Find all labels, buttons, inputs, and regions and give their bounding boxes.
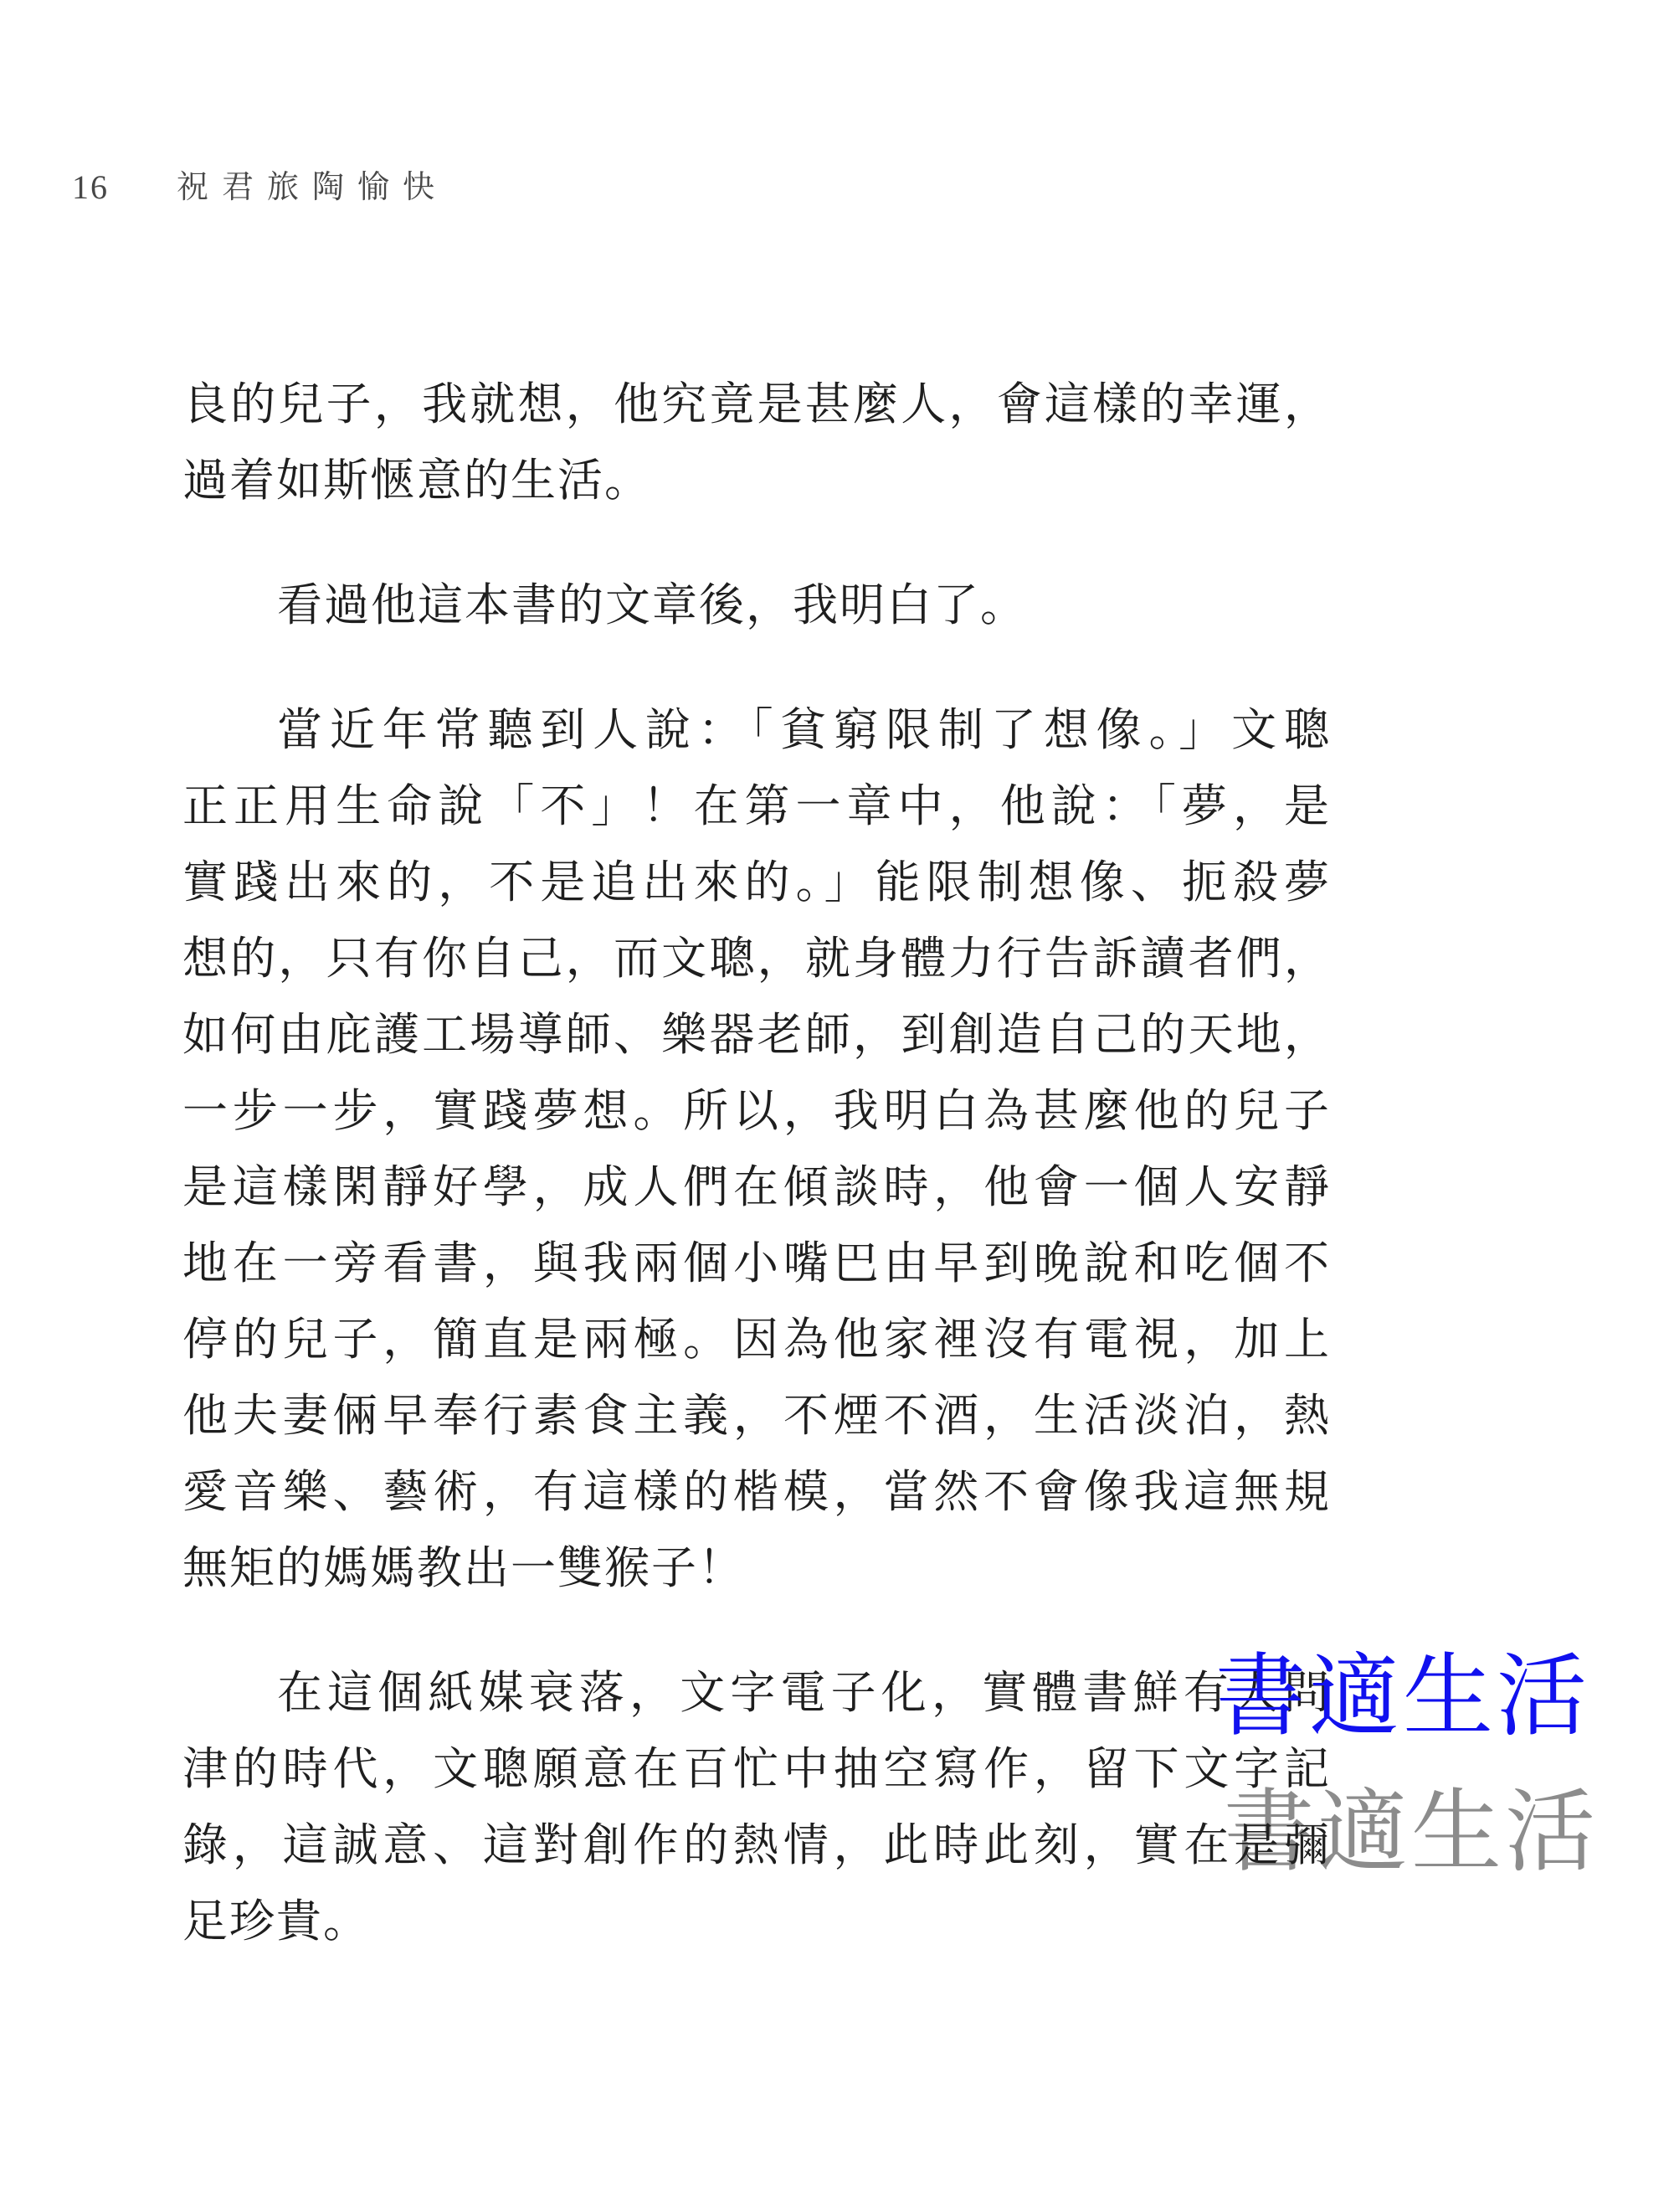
paragraph: 在這個紙媒衰落，文字電子化，實體書鮮有人問津的時代，文聰願意在百忙中抽空寫作，留… [182, 1655, 1331, 1960]
text-line: 錄，這誠意、這對創作的熱情，此時此刻，實在是彌 [182, 1808, 1331, 1884]
text-line: 當近年常聽到人說：「貧窮限制了想像。」文聰 [182, 692, 1331, 769]
watermark-blue-overlay: 書適生活 [1215, 1653, 1590, 1743]
paragraph: 良的兒子，我就想，他究竟是甚麼人，會這樣的幸運，過着如斯愜意的生活。 [182, 367, 1331, 519]
text-line: 停的兒子，簡直是兩極。因為他家裡沒有電視，加上 [182, 1302, 1331, 1378]
paragraph: 當近年常聽到人說：「貧窮限制了想像。」文聰正正用生命說「不」！在第一章中，他說：… [182, 692, 1331, 1607]
text-line: 他夫妻倆早奉行素食主義，不煙不酒，生活淡泊，熱 [182, 1378, 1331, 1454]
text-line: 地在一旁看書，與我兩個小嘴巴由早到晚說和吃個不 [182, 1226, 1331, 1302]
book-page: 16 祝君旅陶愉快 良的兒子，我就想，他究竟是甚麼人，會這樣的幸運，過着如斯愜意… [0, 0, 1674, 2212]
text-line: 想的，只有你自己，而文聰，就身體力行告訴讀者們， [182, 921, 1331, 997]
text-line: 良的兒子，我就想，他究竟是甚麼人，會這樣的幸運， [182, 367, 1331, 443]
text-line: 是這樣閑靜好學，成人們在傾談時，他會一個人安靜 [182, 1150, 1331, 1226]
page-number: 16 [72, 167, 109, 208]
text-line: 足珍貴。 [182, 1884, 1331, 1960]
text-line: 在這個紙媒衰落，文字電子化，實體書鮮有人問 [182, 1655, 1331, 1731]
text-line: 無矩的媽媽教出一雙猴子！ [182, 1530, 1331, 1607]
running-title: 祝君旅陶愉快 [177, 167, 448, 208]
text-line: 看過他這本書的文章後，我明白了。 [182, 568, 1331, 644]
page-header: 16 祝君旅陶愉快 [0, 167, 1674, 218]
text-line: 一步一步，實踐夢想。所以，我明白為甚麼他的兒子 [182, 1073, 1331, 1150]
text-line: 實踐出來的，不是追出來的。」能限制想像、扼殺夢 [182, 845, 1331, 921]
paragraph: 看過他這本書的文章後，我明白了。 [182, 568, 1331, 644]
text-line: 愛音樂、藝術，有這樣的楷模，當然不會像我這無規 [182, 1454, 1331, 1530]
text-line: 過着如斯愜意的生活。 [182, 443, 1331, 519]
text-line: 正正用生命說「不」！在第一章中，他說：「夢，是 [182, 769, 1331, 845]
text-line: 如何由庇護工場導師、樂器老師，到創造自己的天地， [182, 997, 1331, 1073]
body-text: 良的兒子，我就想，他究竟是甚麼人，會這樣的幸運，過着如斯愜意的生活。看過他這本書… [182, 367, 1331, 2009]
text-line: 津的時代，文聰願意在百忙中抽空寫作，留下文字記 [182, 1731, 1331, 1808]
